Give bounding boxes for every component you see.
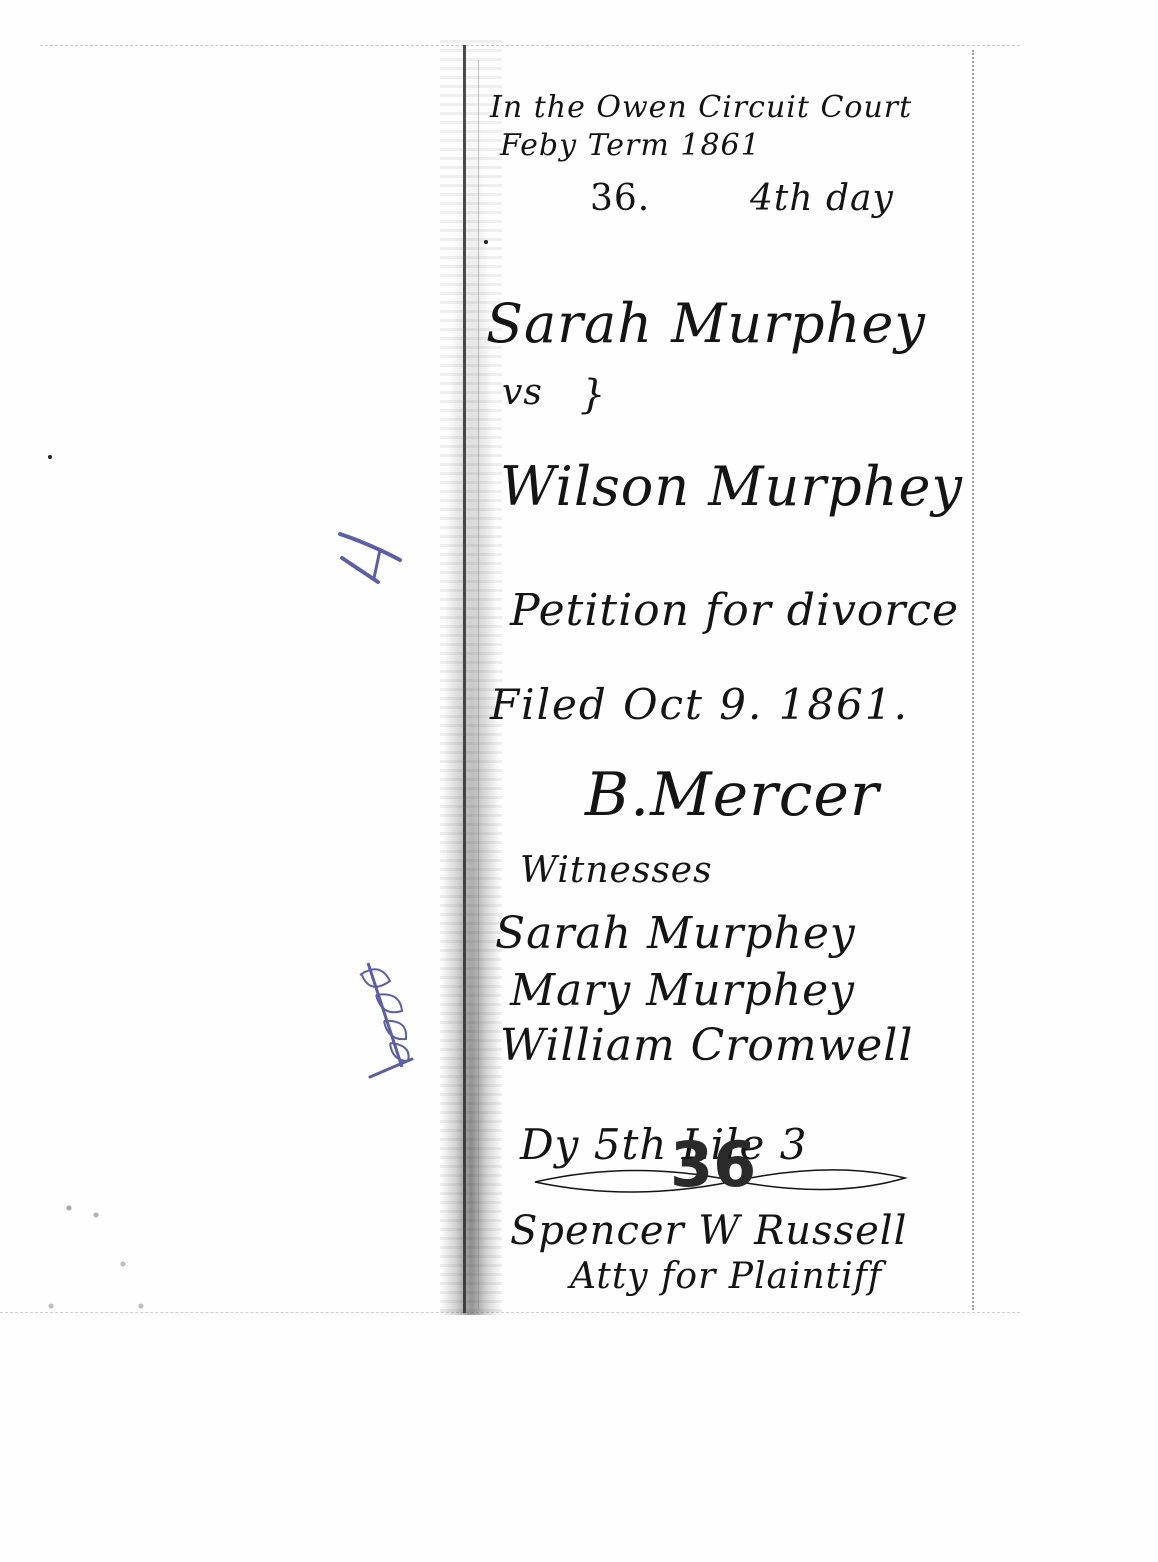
case-day: 4th day [750,178,894,219]
filed-date: Filed Oct 9. 1861. [490,680,909,729]
court-term: Feby Term 1861 [500,128,761,163]
fold-crease-line-secondary [478,60,479,1310]
witness-name: Sarah Murphey [495,908,856,959]
fold-crease-line [463,45,466,1313]
petition-title: Petition for divorce [510,585,959,636]
scan-smudge [15,1180,195,1320]
case-number: 36. [590,178,650,219]
clerk-signature: B.Mercer [585,760,880,830]
versus-label: vs [502,372,543,413]
court-name: In the Owen Circuit Court [490,90,912,125]
witness-name: William Cromwell [500,1020,913,1071]
stamped-case-number: 36 [670,1128,756,1201]
attorney-title: Atty for Plaintiff [570,1256,882,1297]
versus-brace: } [580,372,606,418]
stray-dot [48,455,52,459]
blue-scribble-mark [350,955,420,1085]
docket-strip: In the Owen Circuit Court Feby Term 1861… [480,60,990,1320]
plaintiff-name: Sarah Murphey [486,292,926,355]
scanned-page: In the Owen Circuit Court Feby Term 1861… [0,0,1158,1562]
blue-letter-mark [330,520,410,590]
attorney-signature: Spencer W Russell [510,1208,907,1254]
witness-name: Mary Murphey [510,965,855,1016]
defendant-name: Wilson Murphey [500,455,963,518]
witnesses-heading: Witnesses [520,850,713,891]
sheet-top-edge [40,45,1020,46]
